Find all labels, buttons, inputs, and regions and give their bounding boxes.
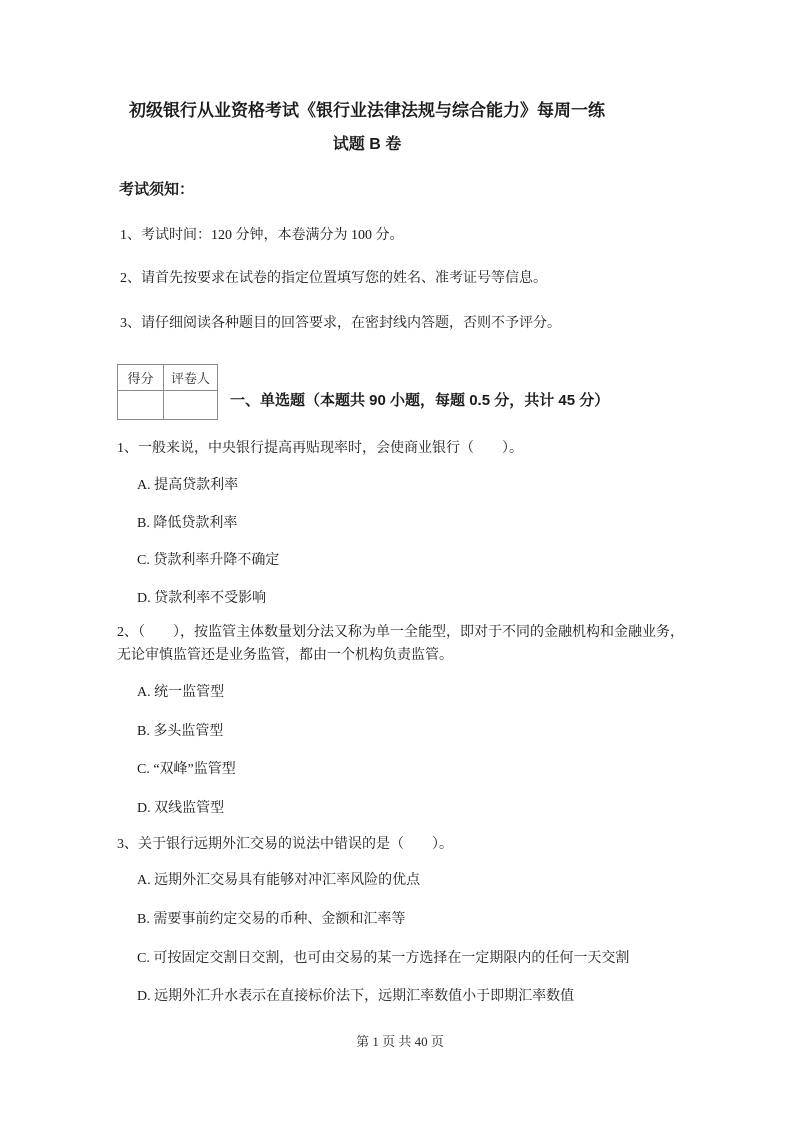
page-subtitle: 试题 B 卷 [0,135,734,156]
question-stem-line: 无论审慎监管还是业务监管，都由一个机构负责监管。 [117,647,453,665]
option-item: A. 远期外汇交易具有能够对冲汇率风险的优点 [137,872,420,890]
option-item: D. 远期外汇升水表示在直接标价法下，远期汇率数值小于即期汇率数值 [137,988,574,1006]
score-header-cell: 得分 [118,365,164,391]
notice-item: 1、考试时间：120 分钟，本卷满分为 100 分。 [120,227,404,245]
option-item: A. 统一监管型 [137,684,224,702]
option-item: D. 双线监管型 [137,800,224,818]
option-item: D. 贷款利率不受影响 [137,590,266,608]
question-stem-line: 3、关于银行远期外汇交易的说法中错误的是（ ）。 [117,836,453,854]
page-footer: 第 1 页 共 40 页 [0,1034,800,1051]
exam-page: 初级银行从业资格考试《银行业法律法规与综合能力》每周一练 试题 B 卷 考试须知… [0,0,800,1132]
option-item: B. 降低贷款利率 [137,515,237,533]
question-stem-line: 2、（ ），按监管主体数量划分法又称为单一全能型，即对于不同的金融机构和金融业务… [117,624,684,642]
notice-item: 2、请首先按要求在试卷的指定位置填写您的姓名、准考证号等信息。 [120,270,547,288]
option-item: C. 贷款利率升降不确定 [137,552,279,570]
question-stem-line: 1、一般来说，中央银行提高再贴现率时，会使商业银行（ ）。 [117,440,523,458]
score-table: 得分 评卷人 [117,364,218,420]
section-heading: 一、单选题（本题共 90 小题，每题 0.5 分，共计 45 分） [230,391,609,411]
notice-item: 3、请仔细阅读各种题目的回答要求，在密封线内答题，否则不予评分。 [120,315,561,333]
option-item: B. 多头监管型 [137,723,223,741]
option-item: B. 需要事前约定交易的币种、金额和汇率等 [137,911,405,929]
option-item: A. 提高贷款利率 [137,477,238,495]
score-value-cell [118,391,164,420]
notice-heading: 考试须知： [119,180,194,200]
grader-header-cell: 评卷人 [164,365,218,391]
option-item: C. 可按固定交割日交割，也可由交易的某一方选择在一定期限内的任何一天交割 [137,950,629,968]
page-title: 初级银行从业资格考试《银行业法律法规与综合能力》每周一练 [0,100,734,122]
grader-value-cell [164,391,218,420]
option-item: C. “双峰”监管型 [137,761,236,779]
